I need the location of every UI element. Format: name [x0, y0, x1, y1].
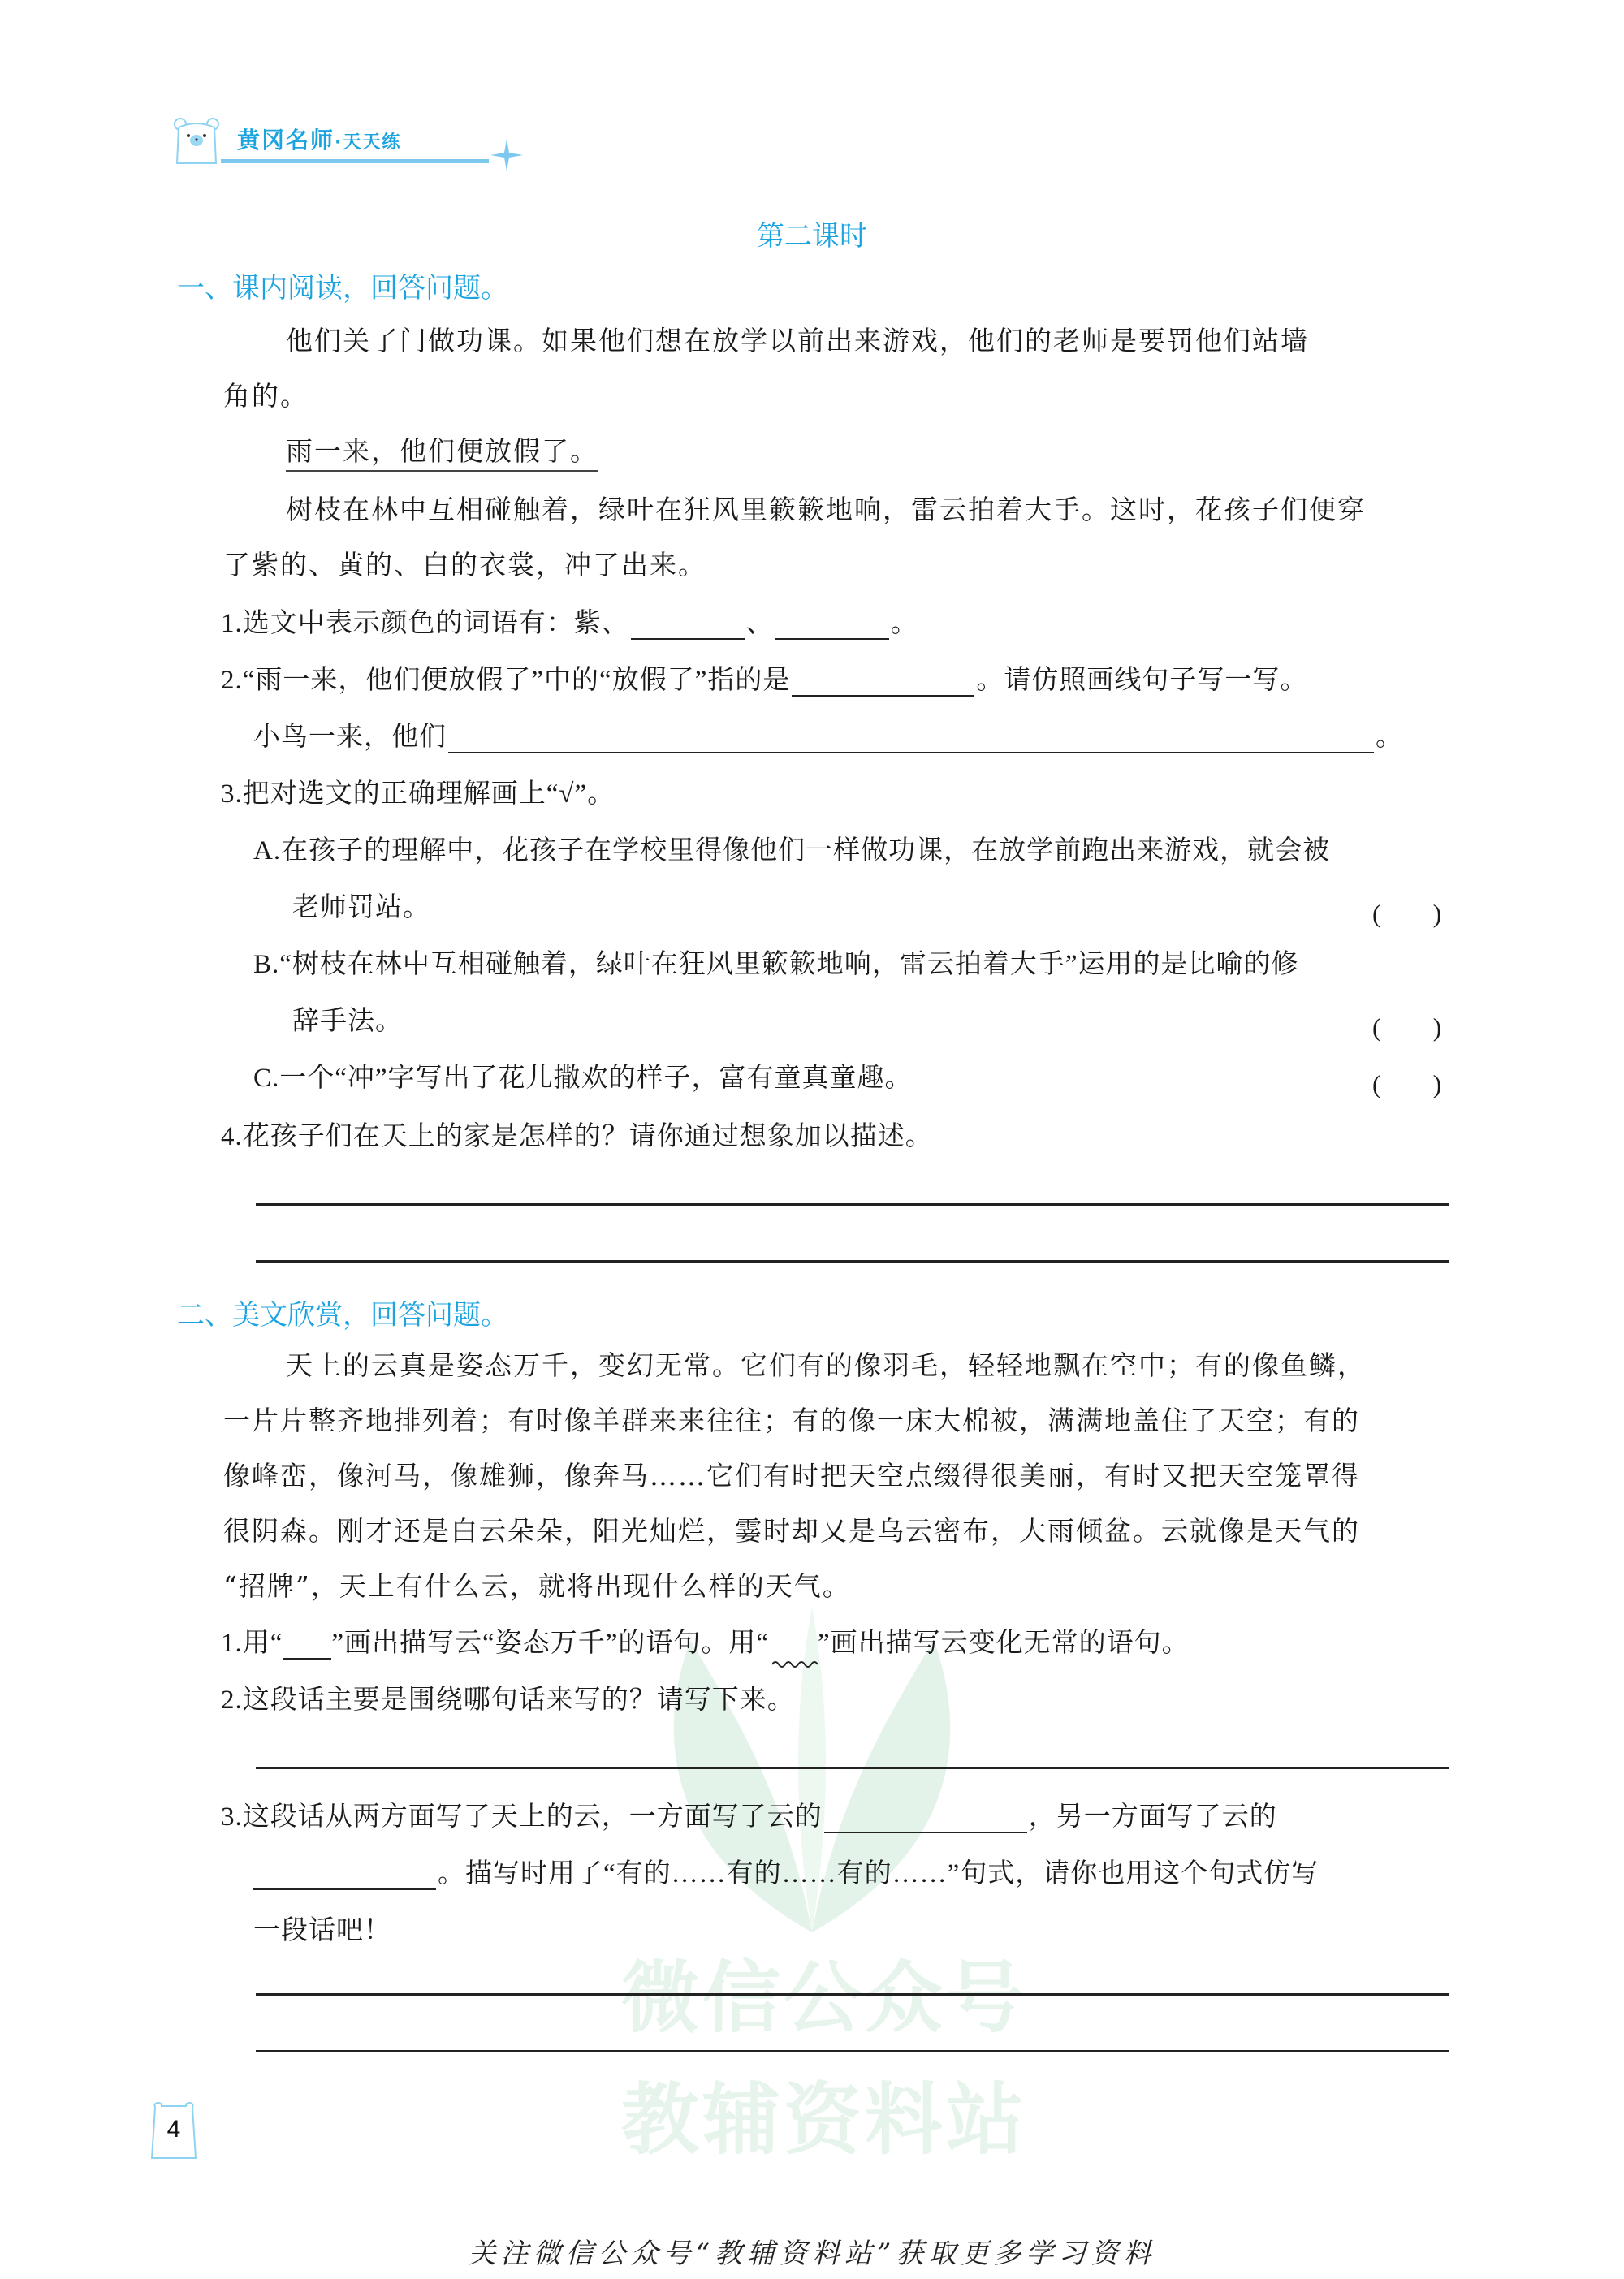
footer-note: 关注微信公众号“教辅资料站”获取更多学习资料 — [0, 2231, 1624, 2271]
s1-q3-option-b-checkbox[interactable]: ( ) — [1372, 1007, 1441, 1044]
lesson-title: 第二课时 — [0, 214, 1624, 253]
passage-2-line-1: 天上的云真是姿态万千，变幻无常。它们有的像羽毛，轻轻地飘在空中；有的像鱼鳞， — [286, 1349, 1366, 1382]
brand-title: 黄冈名师·天天练 — [237, 123, 401, 155]
s1-q3-option-a-line-1: A.在孩子的理解中，花孩子在学校里得像他们一样做功课，在放学前跑出来游戏，就会被 — [253, 835, 1330, 867]
brand-subtitle: ·天天练 — [335, 132, 401, 153]
watermark-line-2: 教辅资料站 — [621, 2058, 1027, 2169]
answer-line-s1q4-1[interactable] — [256, 1203, 1449, 1206]
answer-line-s2q2[interactable] — [256, 1767, 1449, 1769]
section-1-heading: 一、课内阅读，回答问题。 — [177, 265, 508, 305]
polar-bear-icon — [172, 116, 221, 165]
s2-question-3-line-2: 。描写时用了“有的……有的……有的……”句式，请你也用这个句式仿写 — [253, 1858, 1319, 1890]
s2-question-2: 2.这段话主要是围绕哪句话来写的？请写下来。 — [221, 1684, 795, 1716]
s1-q3-option-b-line-2: 辞手法。 — [292, 1005, 403, 1038]
sparkle-star-icon — [490, 139, 523, 171]
answer-blank-imitate-sentence[interactable] — [448, 724, 1374, 753]
s1-q3-option-c-checkbox[interactable]: ( ) — [1372, 1064, 1441, 1101]
answer-line-s1q4-2[interactable] — [256, 1260, 1449, 1263]
s1-question-1: 1.选文中表示颜色的词语有：紫、、。 — [221, 607, 918, 640]
watermark-line-1: 微信公众号 — [621, 1936, 1027, 2048]
passage-2-line-5: “招牌”，天上有什么云，就将出现什么样的天气。 — [223, 1570, 851, 1603]
s1-q3-option-c: C.一个“冲”字写出了花儿撒欢的样子，富有童真童趣。 — [253, 1062, 913, 1094]
passage-2-line-3: 像峰峦，像河马，像雄狮，像奔马……它们有时把天空点缀得很美丽，有时又把天空笼罩得 — [223, 1460, 1360, 1492]
s1-question-4: 4.花孩子们在天上的家是怎样的？请你通过想象加以描述。 — [221, 1120, 933, 1153]
s1-question-3-prompt: 3.把对选文的正确理解画上“√”。 — [221, 778, 615, 810]
s1-question-2-imitate: 小鸟一来，他们。 — [253, 721, 1403, 753]
page-number-badge: 4 — [149, 2101, 199, 2160]
answer-blank-aspect-1[interactable] — [824, 1804, 1027, 1833]
straight-underline-sample — [283, 1630, 331, 1660]
passage-2-line-4: 很阴森。刚才还是白云朵朵，阳光灿烂，霎时却又是乌云密布，大雨倾盆。云就像是天气的 — [223, 1515, 1360, 1547]
s1-q3-option-a-checkbox[interactable]: ( ) — [1372, 893, 1441, 930]
passage-1-line-2: 角的。 — [223, 380, 309, 412]
banner-underline — [221, 159, 489, 163]
wavy-underline-sample — [769, 1632, 818, 1660]
s1-q3-option-a-line-2: 老师罚站。 — [292, 891, 430, 924]
passage-1-line-5: 了紫的、黄的、白的衣裳，冲了出来。 — [223, 549, 706, 581]
answer-blank-aspect-2[interactable] — [253, 1861, 436, 1890]
answer-line-s2q3-2[interactable] — [256, 2050, 1449, 2052]
s1-question-2: 2.“雨一来，他们便放假了”中的“放假了”指的是。请仿照画线句子写一写。 — [221, 664, 1307, 697]
answer-blank-fangjia[interactable] — [792, 667, 974, 697]
answer-blank-color-3[interactable] — [775, 611, 889, 640]
section-2-heading: 二、美文欣赏，回答问题。 — [177, 1293, 508, 1332]
passage-1-underlined-sentence: 雨一来，他们便放假了。 — [286, 435, 598, 468]
passage-1-line-4: 树枝在林中互相碰触着，绿叶在狂风里簌簌地响，雷云拍着大手。这时，花孩子们便穿 — [286, 494, 1366, 526]
s2-question-3-line-1: 3.这段话从两方面写了天上的云，一方面写了云的，另一方面写了云的 — [221, 1801, 1277, 1833]
wavy-line-icon — [772, 1660, 818, 1669]
s2-question-1: 1.用“”画出描写云“姿态万千”的语句。用“”画出描写云变化无常的语句。 — [221, 1627, 1190, 1660]
answer-line-s2q3-1[interactable] — [256, 1993, 1449, 1996]
answer-blank-color-2[interactable] — [631, 611, 745, 640]
passage-1-line-1: 他们关了门做功课。如果他们想在放学以前出来游戏，他们的老师是要罚他们站墙 — [286, 325, 1309, 357]
header-banner: 黄冈名师·天天练 — [172, 116, 513, 173]
passage-2-line-2: 一片片整齐地排列着；有时像羊群来来往往；有的像一床大棉被，满满地盖住了天空；有的 — [223, 1405, 1360, 1437]
brand-name: 黄冈名师 — [237, 127, 335, 153]
s1-q3-option-b-line-1: B.“树枝在林中互相碰触着，绿叶在狂风里簌簌地响，雷云拍着大手”运用的是比喻的修 — [253, 948, 1299, 981]
s2-question-3-line-3: 一段话吧！ — [253, 1914, 391, 1947]
